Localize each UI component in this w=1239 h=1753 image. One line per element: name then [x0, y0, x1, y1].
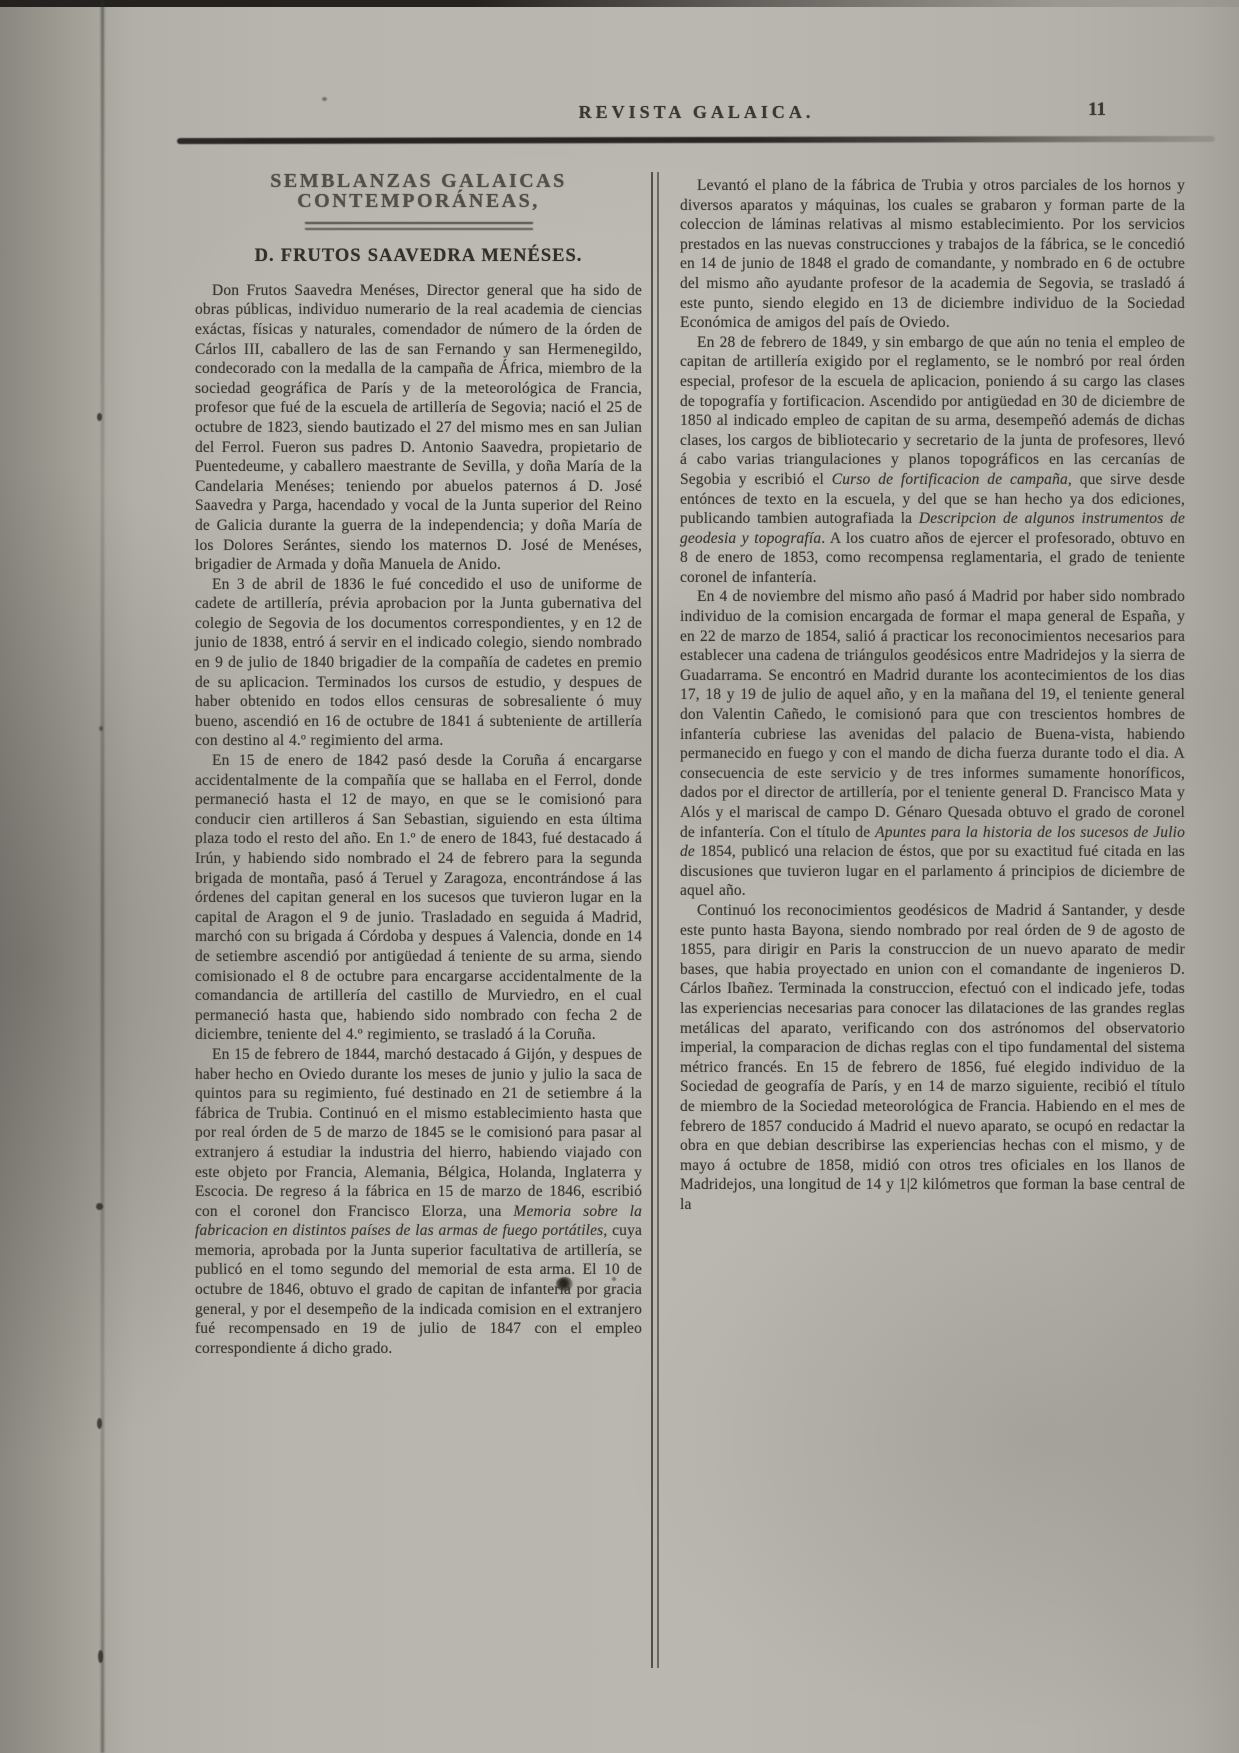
paragraph: Don Frutos Saavedra Menéses, Director ge…	[195, 281, 642, 575]
paragraph: En 28 de febrero de 1849, y sin embargo …	[680, 333, 1185, 588]
article-title: D. FRUTOS SAAVEDRA MENÉSES.	[195, 247, 642, 267]
journal-title: REVISTA GALAICA.	[178, 102, 1215, 123]
header-rule	[177, 136, 1215, 144]
binding-stitch	[97, 1418, 102, 1429]
section-title-rule	[305, 222, 533, 230]
paper-speck	[322, 97, 327, 101]
paragraph: En 3 de abril de 1836 le fué concedido e…	[195, 575, 642, 751]
binding-stitch	[98, 1650, 103, 1663]
paragraph: En 15 de febrero de 1844, marchó destaca…	[195, 1045, 642, 1359]
binding-crease	[101, 0, 104, 1753]
scan-top-edge	[0, 0, 1239, 7]
left-column: SEMBLANZAS GALAICAS CONTEMPORÁNEAS, D. F…	[195, 170, 642, 1358]
binding-stitch	[96, 1203, 103, 1210]
right-column: Levantó el plano de la fábrica de Trubia…	[680, 176, 1185, 1214]
paragraph: En 15 de enero de 1842 pasó desde la Cor…	[195, 751, 642, 1045]
paragraph: En 4 de noviembre del mismo año pasó á M…	[680, 587, 1185, 901]
section-title: SEMBLANZAS GALAICAS CONTEMPORÁNEAS,	[195, 172, 642, 211]
binding-stitch	[99, 726, 103, 731]
column-divider	[651, 172, 659, 1668]
paragraph: Levantó el plano de la fábrica de Trubia…	[680, 176, 1185, 333]
paragraph: Continuó los reconocimientos geodésicos …	[680, 901, 1185, 1215]
scanned-page: REVISTA GALAICA. 11 SEMBLANZAS GALAICAS …	[0, 0, 1239, 1753]
binding-stitch	[97, 413, 102, 421]
page-number: 11	[1088, 99, 1106, 121]
